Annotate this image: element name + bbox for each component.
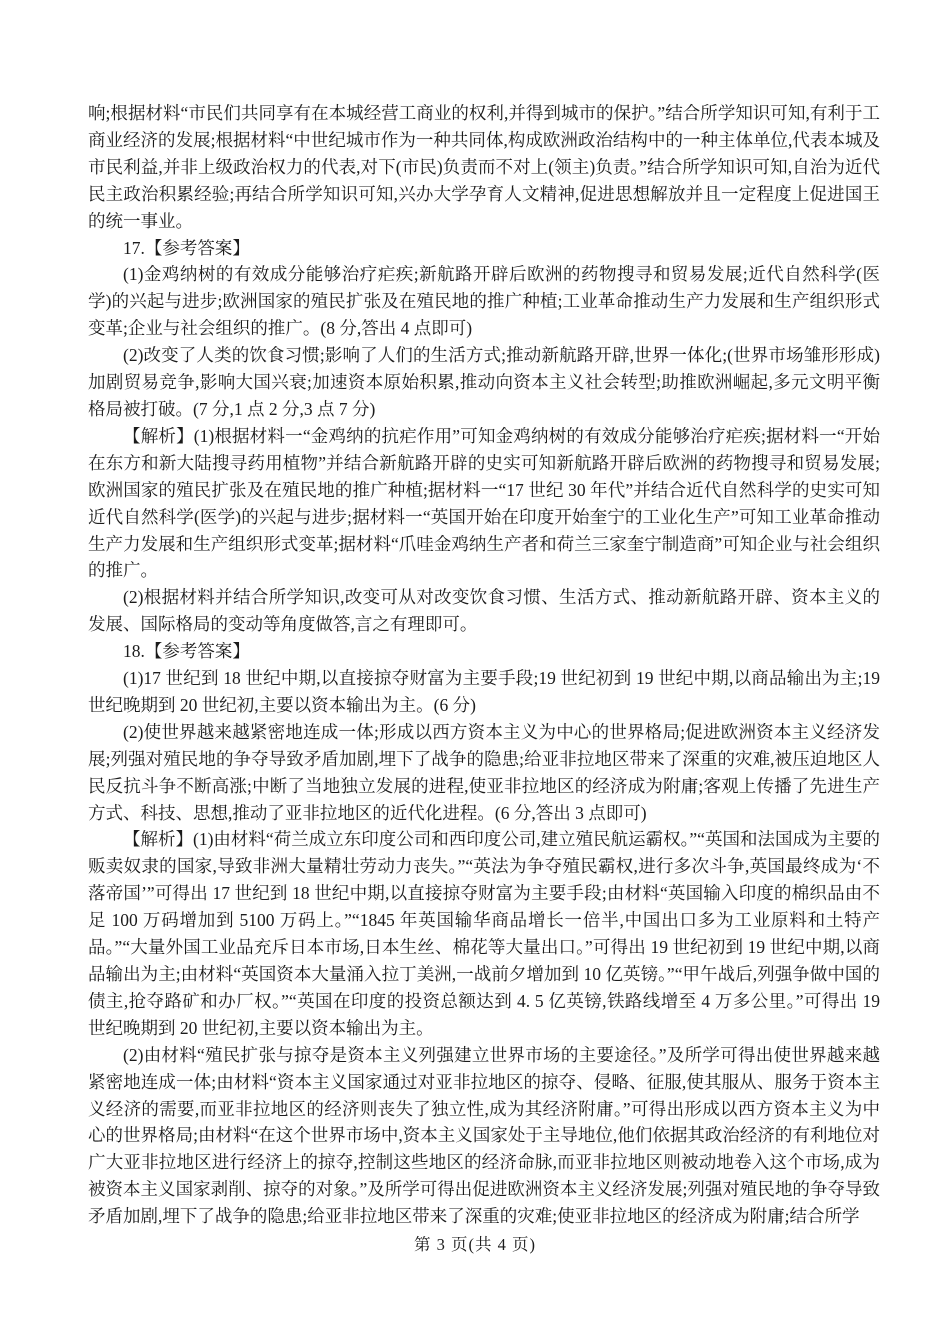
paragraph-q17-analysis-part2: (2)根据材料并结合所学知识,改变可从对改变饮食习惯、生活方式、推动新航路开辟、… xyxy=(88,584,880,638)
paragraph-q17-part1-answer: (1)金鸡纳树的有效成分能够治疗疟疾;新航路开辟后欧洲的药物搜寻和贸易发展;近代… xyxy=(88,261,880,342)
paragraph-q18-answer-heading: 18.【参考答案】 xyxy=(88,638,880,665)
paragraph-q18-part1-answer: (1)17 世纪到 18 世纪中期,以直接掠夺财富为主要手段;19 世纪初到 1… xyxy=(88,665,880,719)
paragraph-answer-16-continuation: 响;根据材料“市民们共同享有在本城经营工商业的权利,并得到城市的保护。”结合所学… xyxy=(88,100,880,235)
answers-text-block: 响;根据材料“市民们共同享有在本城经营工商业的权利,并得到城市的保护。”结合所学… xyxy=(88,100,880,1230)
page-footer: 第 3 页(共 4 页) xyxy=(0,1231,950,1255)
paragraph-q18-analysis-part2: (2)由材料“殖民扩张与掠夺是资本主义列强建立世界市场的主要途径。”及所学可得出… xyxy=(88,1042,880,1230)
paragraph-q17-part2-answer: (2)改变了人类的饮食习惯;影响了人们的生活方式;推动新航路开辟,世界一体化;(… xyxy=(88,342,880,423)
page-number-text: 第 3 页(共 4 页) xyxy=(414,1235,536,1254)
paragraph-q17-answer-heading: 17.【参考答案】 xyxy=(88,235,880,262)
exam-answer-page: 响;根据材料“市民们共同享有在本城经营工商业的权利,并得到城市的保护。”结合所学… xyxy=(0,0,950,1324)
paragraph-q18-part2-answer: (2)使世界越来越紧密地连成一体;形成以西方资本主义为中心的世界格局;促进欧洲资… xyxy=(88,719,880,827)
paragraph-q17-analysis-part1: 【解析】(1)根据材料一“金鸡纳的抗疟作用”可知金鸡纳树的有效成分能够治疗疟疾;… xyxy=(88,423,880,584)
paragraph-q18-analysis-part1: 【解析】(1)由材料“荷兰成立东印度公司和西印度公司,建立殖民航运霸权。”“英国… xyxy=(88,826,880,1041)
